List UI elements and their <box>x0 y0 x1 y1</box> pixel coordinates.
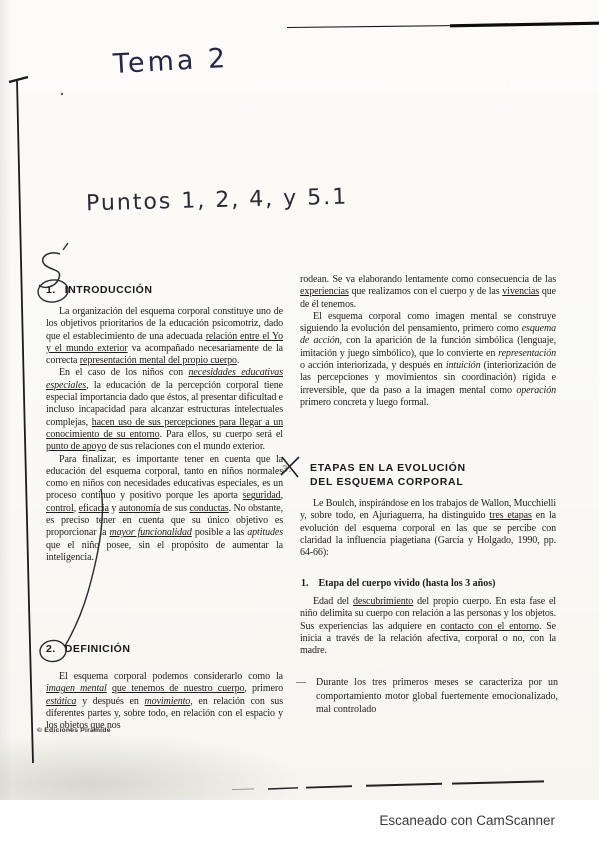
paragraph: Edad del descubrimiento del propio cuerp… <box>300 596 556 657</box>
camscanner-strip: Escaneado con CamScanner <box>0 800 599 848</box>
page-left-shading <box>0 0 12 800</box>
paragraph: rodean. Se va elaborando lentamente como… <box>300 274 556 311</box>
paragraph: El esquema corporal podemos considerarlo… <box>46 671 283 732</box>
column-right-etapas-intro: Le Boulch, inspirándose en los trabajos … <box>300 498 556 559</box>
section-1-number: 1. <box>46 284 56 296</box>
paragraph: Le Boulch, inspirándose en los trabajos … <box>300 498 556 559</box>
scanned-page: Tema 2 Puntos 1, 2, 4, y 5.1 1.INTRODUCC… <box>0 0 599 848</box>
paragraph: La organización del esquema corporal con… <box>46 306 283 367</box>
bullet-item: —Durante los tres primeros meses se cara… <box>296 676 558 717</box>
paragraph: En el caso de los niños con necesidades … <box>46 367 283 453</box>
section-2-title: DEFINICIÓN <box>65 643 131 655</box>
paragraph: Para finalizar, es importante tener en c… <box>46 454 283 565</box>
subsection-1-number: 1. <box>301 578 309 589</box>
camscanner-watermark: Escaneado con CamScanner <box>379 813 555 828</box>
section-1-heading: 1.INTRODUCCIÓN <box>46 284 152 296</box>
subsection-1-title: Etapa del cuerpo vivido (hasta los 3 año… <box>319 578 496 589</box>
subsection-1-heading: 1.Etapa del cuerpo vivido (hasta los 3 a… <box>301 578 557 589</box>
column-left-definicion: El esquema corporal podemos considerarlo… <box>46 671 283 732</box>
column-right-flow: rodean. Se va elaborando lentamente como… <box>300 274 556 409</box>
publisher-footer: © Ediciones Pirámide <box>37 727 111 734</box>
section-1-title: INTRODUCCIÓN <box>65 284 153 296</box>
scan-shadow <box>0 735 300 800</box>
section-2-number: 2. <box>46 643 56 655</box>
bullet-text: Durante los tres primeros meses se carac… <box>316 677 558 715</box>
section-3-title-line2: DEL ESQUEMA CORPORAL <box>310 476 463 488</box>
section-3-heading: 3. ETAPAS EN LA EVOLUCIÓN DEL ESQUEMA CO… <box>310 462 510 489</box>
section-2-heading: 2.DEFINICIÓN <box>46 643 130 655</box>
column-left-intro: La organización del esquema corporal con… <box>46 306 283 564</box>
section-3-title-line1: ETAPAS EN LA EVOLUCIÓN <box>310 462 466 474</box>
section-3-number: 3. <box>282 463 292 477</box>
column-right-etapa1-body: Edad del descubrimiento del propio cuerp… <box>300 596 556 657</box>
paragraph: El esquema corporal como imagen mental s… <box>300 311 556 409</box>
bullet-dash: — <box>296 676 316 690</box>
